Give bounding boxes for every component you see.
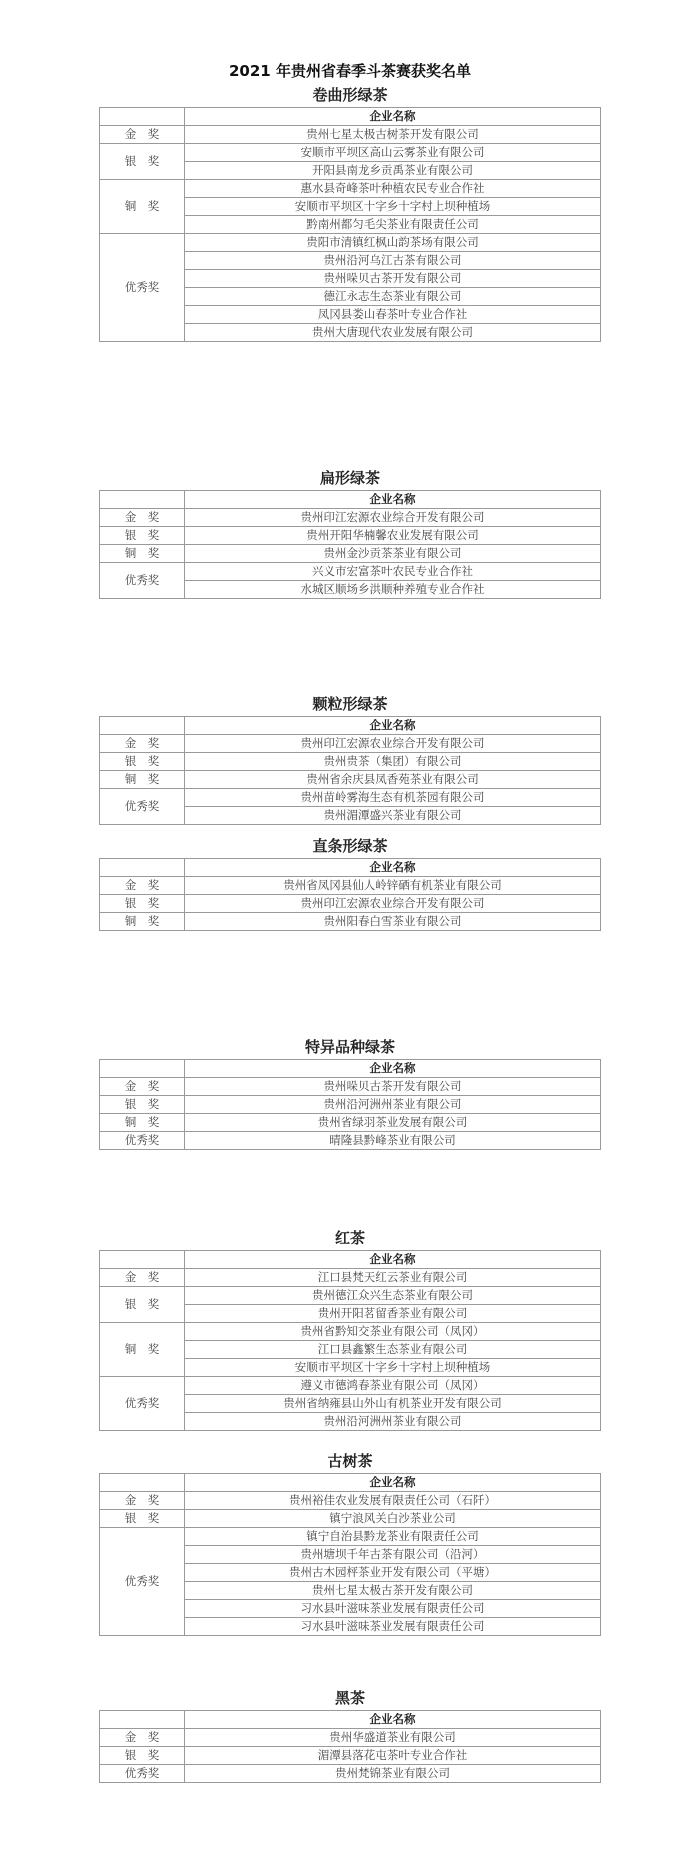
company-name-cell: 惠水县奇峰茶叶种植农民专业合作社 (185, 180, 601, 198)
award-table: 企业名称金 奖贵州哚贝古茶开发有限公司银 奖贵州沿河洲州茶业有限公司铜 奖贵州省… (99, 1059, 601, 1150)
table-row: 金 奖贵州省凤冈县仙人岭锌硒有机茶业有限公司 (100, 877, 601, 895)
company-name-cell: 贵州省绿羽茶业发展有限公司 (185, 1114, 601, 1132)
company-name-cell: 江口县梵天红云茶业有限公司 (185, 1269, 601, 1287)
table-header-row: 企业名称 (100, 1474, 601, 1492)
company-name-cell: 凤冈县娄山春茶叶专业合作社 (185, 306, 601, 324)
company-name-cell: 贵州省余庆县凤香苑茶业有限公司 (185, 771, 601, 789)
award-level-cell: 优秀奖 (100, 234, 185, 342)
header-empty-cell (100, 491, 185, 509)
company-name-cell: 贵州湄潭盛兴茶业有限公司 (185, 807, 601, 825)
company-name-cell: 江口县鑫繁生态茶业有限公司 (185, 1341, 601, 1359)
company-name-cell: 贵阳市清镇红枫山韵茶场有限公司 (185, 234, 601, 252)
award-level-cell: 金 奖 (100, 735, 185, 753)
header-empty-cell (100, 1251, 185, 1269)
column-header-company-name: 企业名称 (185, 717, 601, 735)
table-row: 铜 奖惠水县奇峰茶叶种植农民专业合作社 (100, 180, 601, 198)
company-name-cell: 安顺市平坝区十字乡十字村上坝种植场 (185, 1359, 601, 1377)
table-row: 优秀奖贵州梵锦茶业有限公司 (100, 1765, 601, 1783)
company-name-cell: 水城区顺场乡洪顺种养殖专业合作社 (185, 581, 601, 599)
award-level-cell: 优秀奖 (100, 1377, 185, 1431)
table-row: 银 奖贵州沿河洲州茶业有限公司 (100, 1096, 601, 1114)
company-name-cell: 晴隆县黔峰茶业有限公司 (185, 1132, 601, 1150)
table-header-row: 企业名称 (100, 1060, 601, 1078)
column-header-company-name: 企业名称 (185, 1474, 601, 1492)
header-empty-cell (100, 717, 185, 735)
column-header-company-name: 企业名称 (185, 1251, 601, 1269)
award-level-cell: 优秀奖 (100, 1765, 185, 1783)
award-level-cell: 优秀奖 (100, 789, 185, 825)
award-level-cell: 银 奖 (100, 527, 185, 545)
company-name-cell: 贵州苗岭雾海生态有机茶园有限公司 (185, 789, 601, 807)
award-level-cell: 金 奖 (100, 1729, 185, 1747)
company-name-cell: 贵州贵茶（集团）有限公司 (185, 753, 601, 771)
section-title: 卷曲形绿茶 (99, 83, 601, 107)
section-title: 古树茶 (99, 1449, 601, 1473)
award-level-cell: 铜 奖 (100, 913, 185, 931)
company-name-cell: 贵州开阳华楠馨农业发展有限公司 (185, 527, 601, 545)
company-name-cell: 贵州阳春白雪茶业有限公司 (185, 913, 601, 931)
table-row: 银 奖镇宁浪风关白沙茶业公司 (100, 1510, 601, 1528)
table-header-row: 企业名称 (100, 717, 601, 735)
company-name-cell: 安顺市平坝区高山云雾茶业有限公司 (185, 144, 601, 162)
table-header-row: 企业名称 (100, 1711, 601, 1729)
table-row: 优秀奖镇宁自治县黔龙茶业有限责任公司 (100, 1528, 601, 1546)
table-row: 金 奖贵州裕佳农业发展有限责任公司（石阡） (100, 1492, 601, 1510)
header-empty-cell (100, 1060, 185, 1078)
column-header-company-name: 企业名称 (185, 491, 601, 509)
company-name-cell: 镇宁自治县黔龙茶业有限责任公司 (185, 1528, 601, 1546)
company-name-cell: 贵州哚贝古茶开发有限公司 (185, 1078, 601, 1096)
company-name-cell: 贵州沿河洲州茶业有限公司 (185, 1413, 601, 1431)
award-table: 企业名称金 奖贵州华盛道茶业有限公司银 奖湄潭县落花屯茶叶专业合作社优秀奖贵州梵… (99, 1710, 601, 1783)
header-empty-cell (100, 1474, 185, 1492)
award-section: 扁形绿茶企业名称金 奖贵州印江宏源农业综合开发有限公司银 奖贵州开阳华楠馨农业发… (99, 466, 601, 599)
award-table: 企业名称金 奖贵州印江宏源农业综合开发有限公司银 奖贵州开阳华楠馨农业发展有限公… (99, 490, 601, 599)
award-table: 企业名称金 奖贵州省凤冈县仙人岭锌硒有机茶业有限公司银 奖贵州印江宏源农业综合开… (99, 858, 601, 931)
column-header-company-name: 企业名称 (185, 1060, 601, 1078)
award-level-cell: 优秀奖 (100, 1132, 185, 1150)
award-level-cell: 优秀奖 (100, 1528, 185, 1636)
company-name-cell: 习水县叶滋味茶业发展有限责任公司 (185, 1600, 601, 1618)
company-name-cell: 贵州省凤冈县仙人岭锌硒有机茶业有限公司 (185, 877, 601, 895)
company-name-cell: 习水县叶滋味茶业发展有限责任公司 (185, 1618, 601, 1636)
award-section: 红茶企业名称金 奖江口县梵天红云茶业有限公司银 奖贵州德江众兴生态茶业有限公司贵… (99, 1226, 601, 1431)
award-section: 特异品种绿茶企业名称金 奖贵州哚贝古茶开发有限公司银 奖贵州沿河洲州茶业有限公司… (99, 1035, 601, 1150)
company-name-cell: 遵义市德鸿春茶业有限公司（凤冈） (185, 1377, 601, 1395)
award-level-cell: 银 奖 (100, 1510, 185, 1528)
award-level-cell: 铜 奖 (100, 771, 185, 789)
company-name-cell: 贵州省黔知交茶业有限公司（凤冈） (185, 1323, 601, 1341)
award-level-cell: 金 奖 (100, 1269, 185, 1287)
award-section: 直条形绿茶企业名称金 奖贵州省凤冈县仙人岭锌硒有机茶业有限公司银 奖贵州印江宏源… (99, 834, 601, 931)
award-level-cell: 铜 奖 (100, 545, 185, 563)
company-name-cell: 湄潭县落花屯茶叶专业合作社 (185, 1747, 601, 1765)
section-title: 特异品种绿茶 (99, 1035, 601, 1059)
award-section: 颗粒形绿茶企业名称金 奖贵州印江宏源农业综合开发有限公司银 奖贵州贵茶（集团）有… (99, 692, 601, 825)
section-title: 黑茶 (99, 1686, 601, 1710)
company-name-cell: 贵州省纳雍县山外山有机茶业开发有限公司 (185, 1395, 601, 1413)
section-title: 颗粒形绿茶 (99, 692, 601, 716)
company-name-cell: 贵州哚贝古茶开发有限公司 (185, 270, 601, 288)
company-name-cell: 贵州印江宏源农业综合开发有限公司 (185, 509, 601, 527)
column-header-company-name: 企业名称 (185, 859, 601, 877)
table-row: 金 奖贵州哚贝古茶开发有限公司 (100, 1078, 601, 1096)
company-name-cell: 贵州开阳茗留香茶业有限公司 (185, 1305, 601, 1323)
header-empty-cell (100, 1711, 185, 1729)
header-empty-cell (100, 108, 185, 126)
table-row: 铜 奖贵州省绿羽茶业发展有限公司 (100, 1114, 601, 1132)
column-header-company-name: 企业名称 (185, 1711, 601, 1729)
award-level-cell: 银 奖 (100, 895, 185, 913)
table-row: 金 奖江口县梵天红云茶业有限公司 (100, 1269, 601, 1287)
table-row: 金 奖贵州印江宏源农业综合开发有限公司 (100, 735, 601, 753)
award-level-cell: 银 奖 (100, 1287, 185, 1323)
table-header-row: 企业名称 (100, 859, 601, 877)
table-header-row: 企业名称 (100, 108, 601, 126)
document-title: 2021 年贵州省春季斗茶赛获奖名单 (0, 60, 700, 81)
table-row: 银 奖湄潭县落花屯茶叶专业合作社 (100, 1747, 601, 1765)
award-table: 企业名称金 奖贵州印江宏源农业综合开发有限公司银 奖贵州贵茶（集团）有限公司铜 … (99, 716, 601, 825)
award-level-cell: 铜 奖 (100, 180, 185, 234)
table-row: 优秀奖晴隆县黔峰茶业有限公司 (100, 1132, 601, 1150)
company-name-cell: 贵州七星太极古树茶开发有限公司 (185, 126, 601, 144)
table-row: 铜 奖贵州金沙贡茶茶业有限公司 (100, 545, 601, 563)
table-row: 银 奖贵州开阳华楠馨农业发展有限公司 (100, 527, 601, 545)
award-level-cell: 金 奖 (100, 1078, 185, 1096)
award-table: 企业名称金 奖贵州裕佳农业发展有限责任公司（石阡）银 奖镇宁浪风关白沙茶业公司优… (99, 1473, 601, 1636)
section-title: 直条形绿茶 (99, 834, 601, 858)
table-row: 优秀奖贵阳市清镇红枫山韵茶场有限公司 (100, 234, 601, 252)
table-header-row: 企业名称 (100, 1251, 601, 1269)
company-name-cell: 贵州沿河乌江古茶有限公司 (185, 252, 601, 270)
column-header-company-name: 企业名称 (185, 108, 601, 126)
table-row: 银 奖安顺市平坝区高山云雾茶业有限公司 (100, 144, 601, 162)
award-level-cell: 铜 奖 (100, 1323, 185, 1377)
company-name-cell: 贵州印江宏源农业综合开发有限公司 (185, 735, 601, 753)
award-level-cell: 银 奖 (100, 1747, 185, 1765)
company-name-cell: 安顺市平坝区十字乡十字村上坝种植场 (185, 198, 601, 216)
table-row: 铜 奖贵州省余庆县凤香苑茶业有限公司 (100, 771, 601, 789)
table-row: 优秀奖遵义市德鸿春茶业有限公司（凤冈） (100, 1377, 601, 1395)
table-row: 金 奖贵州七星太极古树茶开发有限公司 (100, 126, 601, 144)
company-name-cell: 贵州印江宏源农业综合开发有限公司 (185, 895, 601, 913)
table-row: 银 奖贵州印江宏源农业综合开发有限公司 (100, 895, 601, 913)
table-row: 铜 奖贵州阳春白雪茶业有限公司 (100, 913, 601, 931)
company-name-cell: 贵州德江众兴生态茶业有限公司 (185, 1287, 601, 1305)
award-level-cell: 优秀奖 (100, 563, 185, 599)
table-row: 优秀奖兴义市宏富茶叶农民专业合作社 (100, 563, 601, 581)
table-header-row: 企业名称 (100, 491, 601, 509)
table-row: 银 奖贵州德江众兴生态茶业有限公司 (100, 1287, 601, 1305)
company-name-cell: 德江永志生态茶业有限公司 (185, 288, 601, 306)
company-name-cell: 贵州华盛道茶业有限公司 (185, 1729, 601, 1747)
company-name-cell: 开阳县南龙乡贡禹茶业有限公司 (185, 162, 601, 180)
award-level-cell: 金 奖 (100, 1492, 185, 1510)
company-name-cell: 黔南州都匀毛尖茶业有限责任公司 (185, 216, 601, 234)
table-row: 优秀奖贵州苗岭雾海生态有机茶园有限公司 (100, 789, 601, 807)
award-level-cell: 银 奖 (100, 144, 185, 180)
award-level-cell: 金 奖 (100, 509, 185, 527)
award-table: 企业名称金 奖江口县梵天红云茶业有限公司银 奖贵州德江众兴生态茶业有限公司贵州开… (99, 1250, 601, 1431)
company-name-cell: 贵州七星太极古茶开发有限公司 (185, 1582, 601, 1600)
table-row: 金 奖贵州华盛道茶业有限公司 (100, 1729, 601, 1747)
award-level-cell: 银 奖 (100, 1096, 185, 1114)
award-section: 卷曲形绿茶企业名称金 奖贵州七星太极古树茶开发有限公司银 奖安顺市平坝区高山云雾… (99, 83, 601, 342)
header-empty-cell (100, 859, 185, 877)
company-name-cell: 贵州塘坝千年古茶有限公司（沿河） (185, 1546, 601, 1564)
award-level-cell: 金 奖 (100, 877, 185, 895)
table-row: 铜 奖贵州省黔知交茶业有限公司（凤冈） (100, 1323, 601, 1341)
company-name-cell: 贵州梵锦茶业有限公司 (185, 1765, 601, 1783)
section-title: 红茶 (99, 1226, 601, 1250)
company-name-cell: 贵州古木园枰茶业开发有限公司（平塘） (185, 1564, 601, 1582)
award-level-cell: 铜 奖 (100, 1114, 185, 1132)
award-section: 古树茶企业名称金 奖贵州裕佳农业发展有限责任公司（石阡）银 奖镇宁浪风关白沙茶业… (99, 1449, 601, 1636)
table-row: 金 奖贵州印江宏源农业综合开发有限公司 (100, 509, 601, 527)
award-table: 企业名称金 奖贵州七星太极古树茶开发有限公司银 奖安顺市平坝区高山云雾茶业有限公… (99, 107, 601, 342)
company-name-cell: 贵州裕佳农业发展有限责任公司（石阡） (185, 1492, 601, 1510)
company-name-cell: 贵州金沙贡茶茶业有限公司 (185, 545, 601, 563)
award-section: 黑茶企业名称金 奖贵州华盛道茶业有限公司银 奖湄潭县落花屯茶叶专业合作社优秀奖贵… (99, 1686, 601, 1783)
company-name-cell: 镇宁浪风关白沙茶业公司 (185, 1510, 601, 1528)
award-level-cell: 金 奖 (100, 126, 185, 144)
section-title: 扁形绿茶 (99, 466, 601, 490)
company-name-cell: 贵州沿河洲州茶业有限公司 (185, 1096, 601, 1114)
award-level-cell: 银 奖 (100, 753, 185, 771)
company-name-cell: 贵州大唐现代农业发展有限公司 (185, 324, 601, 342)
table-row: 银 奖贵州贵茶（集团）有限公司 (100, 753, 601, 771)
company-name-cell: 兴义市宏富茶叶农民专业合作社 (185, 563, 601, 581)
